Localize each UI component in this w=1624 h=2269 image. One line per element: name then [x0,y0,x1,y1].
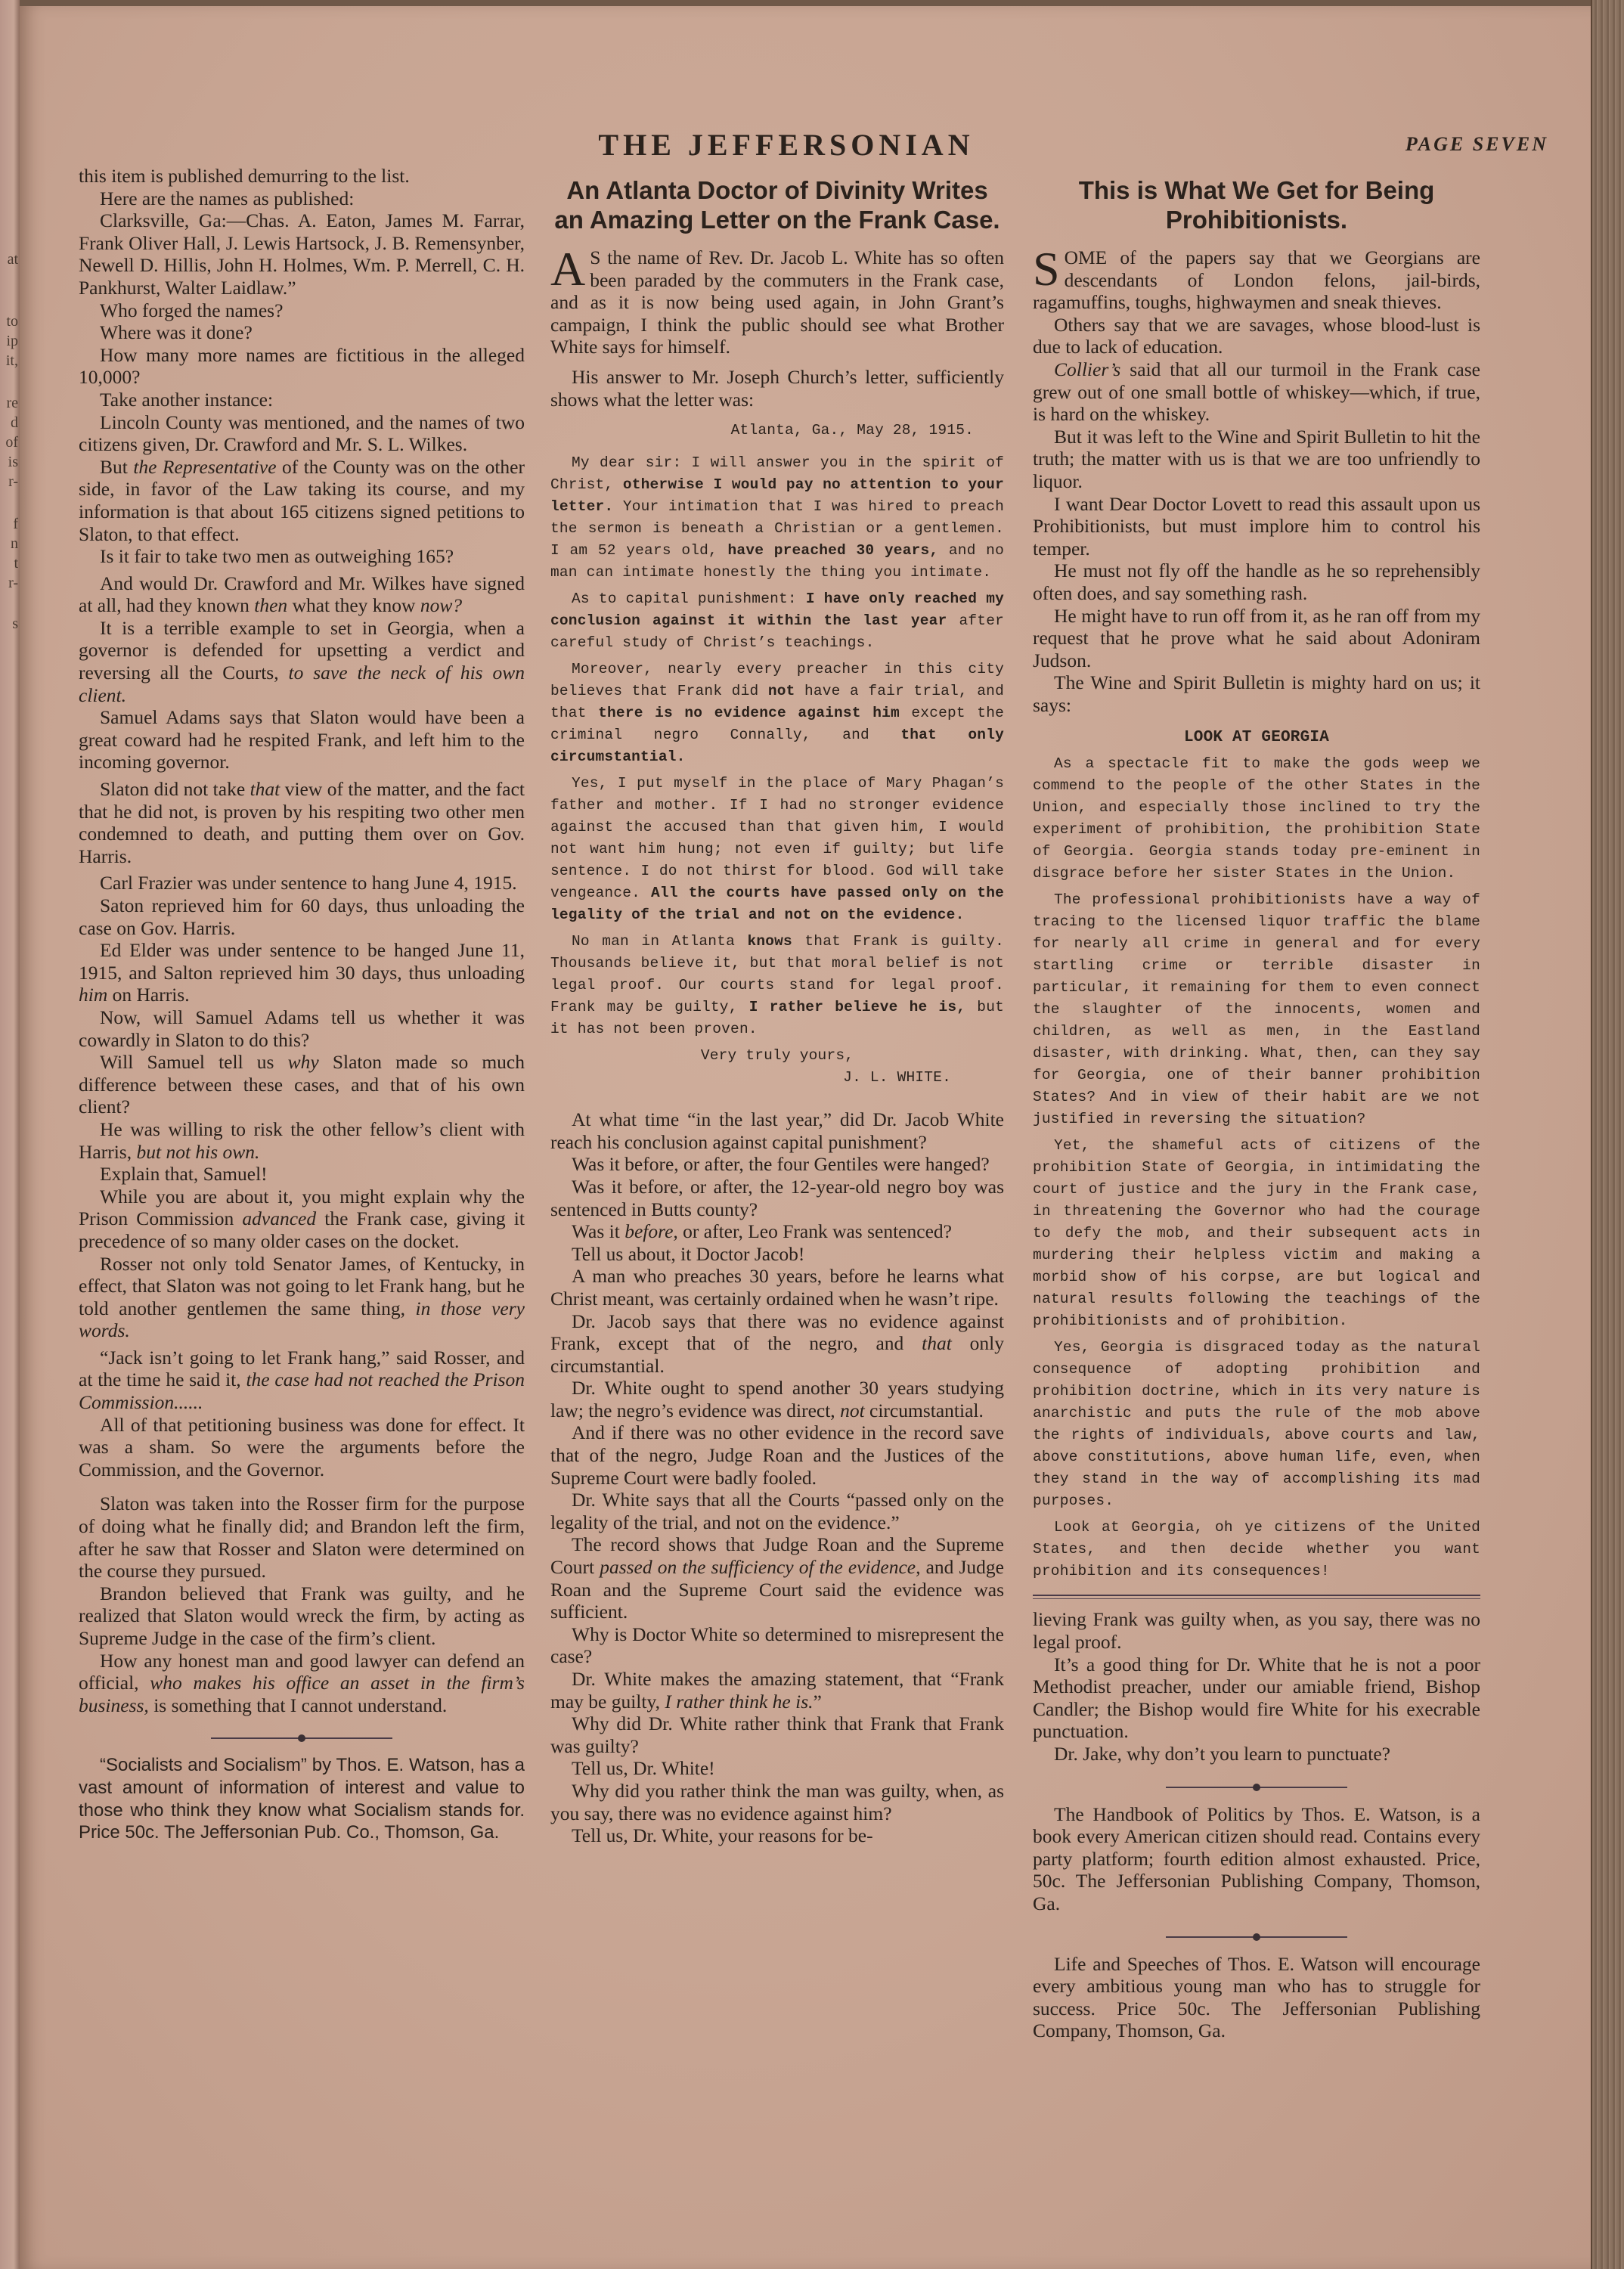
paragraph: He might have to run off from it, as he … [1033,605,1480,672]
paragraph: He must not fly off the handle as he so … [1033,560,1480,604]
article-headline-prohibitionists: This is What We Get for Being Prohibitio… [1033,175,1480,234]
paragraph: Dr. Jake, why don’t you learn to punctua… [1033,1743,1480,1765]
paragraph: While you are about it, you might explai… [79,1186,525,1253]
continued-paragraph: lieving Frank was guilty when, as you sa… [1033,1608,1480,1653]
section-double-rule [1033,1595,1480,1599]
prev-page-fragment: f [0,514,18,534]
paragraph: Carl Frazier was under sentence to hang … [79,872,525,894]
paragraph: Why did you rather think the man was gui… [550,1780,1004,1824]
letter-paragraph: My dear sir: I will answer you in the sp… [550,452,1004,584]
letter-paragraph: As to capital punishment: I have only re… [550,588,1004,654]
paragraph: Lincoln County was mentioned, and the na… [79,411,525,456]
drop-cap: A [550,250,585,289]
paragraph: Clarksville, Ga:—Chas. A. Eaton, James M… [79,209,525,299]
paragraph: And if there was no other evidence in th… [550,1421,1004,1489]
paragraph: Slaton was taken into the Rosser firm fo… [79,1493,525,1582]
prev-page-fragment: it, [0,351,18,370]
paragraph: Dr. White ought to spend another 30 year… [550,1377,1004,1421]
paragraph: “Jack isn’t going to let Frank hang,” sa… [79,1347,525,1414]
quote-paragraph: Look at Georgia, oh ye citizens of the U… [1033,1517,1480,1582]
paragraph: It’s a good thing for Dr. White that he … [1033,1654,1480,1743]
book-binding-edge [1591,0,1624,2269]
ornamental-divider [211,1733,392,1744]
prev-page-fragment: re [0,393,18,413]
prev-page-fragment: is [0,452,18,472]
quote-paragraph: As a spectacle fit to make the gods weep… [1033,753,1480,885]
previous-page-edge: at to ip it, re d of is r- f n t r- s [0,0,20,2269]
quote-paragraph: Yes, Georgia is disgraced today as the n… [1033,1337,1480,1512]
paragraph: Others say that we are savages, whose bl… [1033,314,1480,358]
paragraph: Why is Doctor White so determined to mis… [550,1623,1004,1668]
paragraph: Will Samuel tell us why Slaton made so m… [79,1051,525,1118]
letter-paragraph: No man in Atlanta knows that Frank is gu… [550,931,1004,1040]
prev-page-fragment: to [0,312,18,331]
paragraph: Brandon believed that Frank was guilty, … [79,1582,525,1650]
paragraph: I want Dear Doctor Lovett to read this a… [1033,493,1480,560]
prev-page-fragment: at [0,250,18,269]
paragraph: Now, will Samuel Adams tell us whether i… [79,1006,525,1051]
advertisement-socialism: “Socialists and Socialism” by Thos. E. W… [79,1754,525,1843]
prev-page-fragment: d [0,413,18,432]
paragraph: Was it before, or after, the four Gentil… [550,1153,1004,1176]
paragraph: Samuel Adams says that Slaton would have… [79,706,525,773]
paragraph: Here are the names as published: [79,188,525,210]
paragraph: Where was it done? [79,321,525,344]
paragraph: A man who preaches 30 years, before he l… [550,1265,1004,1310]
column-3: This is What We Get for Being Prohibitio… [1033,168,1480,2042]
divider-dot-icon [1253,1933,1260,1941]
paragraph: Ed Elder was under sentence to be hanged… [79,939,525,1006]
ornamental-divider [1166,1932,1347,1942]
paragraph: Dr. White makes the amazing statement, t… [550,1668,1004,1713]
drop-cap: S [1033,250,1060,289]
article-intro: SOME of the papers say that we Georgians… [1033,246,1480,314]
masthead: THE JEFFERSONIAN [522,127,1051,163]
paragraph: Take another instance: [79,389,525,411]
advertisement-life-speeches: Life and Speeches of Thos. E. Watson wil… [1033,1953,1480,2042]
paragraph: Rosser not only told Senator James, of K… [79,1253,525,1342]
paragraph: Was it before, or after, Leo Frank was s… [550,1220,1004,1243]
paragraph: Is it fair to take two men as outweighin… [79,545,525,568]
quoted-editorial: LOOK AT GEORGIA As a spectacle fit to ma… [1033,727,1480,1582]
quoted-letter: Atlanta, Ga., May 28, 1915. My dear sir:… [550,420,1004,1089]
paragraph: Explain that, Samuel! [79,1163,525,1186]
letter-signature: J. L. WHITE. [550,1067,1004,1089]
prev-page-fragment: n [0,534,18,553]
article-headline-frank-letter: An Atlanta Doctor of Divinity Writes an … [550,175,1004,234]
paragraph: The record shows that Judge Roan and the… [550,1533,1004,1623]
paragraph: Slaton did not take that view of the mat… [79,778,525,867]
letter-paragraph: Moreover, nearly every preacher in this … [550,659,1004,768]
letter-dateline: Atlanta, Ga., May 28, 1915. [550,420,1004,442]
ornamental-divider [1166,1782,1347,1793]
paragraph: Tell us, Dr. White, your reasons for be- [550,1824,1004,1847]
paragraph: Saton reprieved him for 60 days, thus un… [79,894,525,939]
column-1: this item is published demurring to the … [79,165,525,1844]
paragraph: Who forged the names? [79,299,525,322]
quote-paragraph: The professional prohibitionists have a … [1033,889,1480,1130]
prev-page-fragment: r- [0,472,18,491]
paragraph: His answer to Mr. Joseph Church’s letter… [550,366,1004,411]
paragraph: The Wine and Spirit Bulletin is mighty h… [1033,671,1480,716]
paragraph: At what time “in the last year,” did Dr.… [550,1108,1004,1153]
prev-page-fragment: of [0,432,18,452]
paragraph: All of that petitioning business was don… [79,1414,525,1481]
quote-title: LOOK AT GEORGIA [1033,727,1480,749]
paragraph: Was it before, or after, the 12-year-old… [550,1176,1004,1220]
column-2: An Atlanta Doctor of Divinity Writes an … [550,168,1004,1847]
paragraph: this item is published demurring to the … [79,165,525,188]
paragraph: Dr. Jacob says that there was no evidenc… [550,1310,1004,1378]
paragraph: He was willing to risk the other fellow’… [79,1118,525,1163]
prev-page-fragment: ip [0,331,18,351]
prev-page-fragment: s [0,614,18,634]
paragraph: Collier’s said that all our turmoil in t… [1033,358,1480,426]
divider-dot-icon [1253,1784,1260,1791]
paragraph: And would Dr. Crawford and Mr. Wilkes ha… [79,572,525,617]
paragraph: Dr. White says that all the Courts “pass… [550,1489,1004,1533]
paragraph: But it was left to the Wine and Spirit B… [1033,426,1480,493]
divider-dot-icon [298,1734,305,1742]
paragraph: But the Representative of the County was… [79,456,525,545]
paragraph: Why did Dr. White rather think that Fran… [550,1713,1004,1757]
article-intro: AS the name of Rev. Dr. Jacob L. White h… [550,246,1004,358]
prev-page-fragment: r- [0,573,18,593]
quote-paragraph: Yet, the shameful acts of citizens of th… [1033,1135,1480,1332]
paragraph: It is a terrible example to set in Georg… [79,617,525,706]
advertisement-handbook: The Handbook of Politics by Thos. E. Wat… [1033,1803,1480,1915]
paragraph: How many more names are fictitious in th… [79,344,525,389]
page-number: PAGE SEVEN [1406,133,1548,156]
paragraph: How any honest man and good lawyer can d… [79,1650,525,1717]
paragraph: Tell us about, it Doctor Jacob! [550,1243,1004,1266]
letter-closing: Very truly yours, [550,1045,1004,1067]
paragraph: Tell us, Dr. White! [550,1757,1004,1780]
prev-page-fragment: t [0,553,18,573]
letter-paragraph: Yes, I put myself in the place of Mary P… [550,773,1004,926]
